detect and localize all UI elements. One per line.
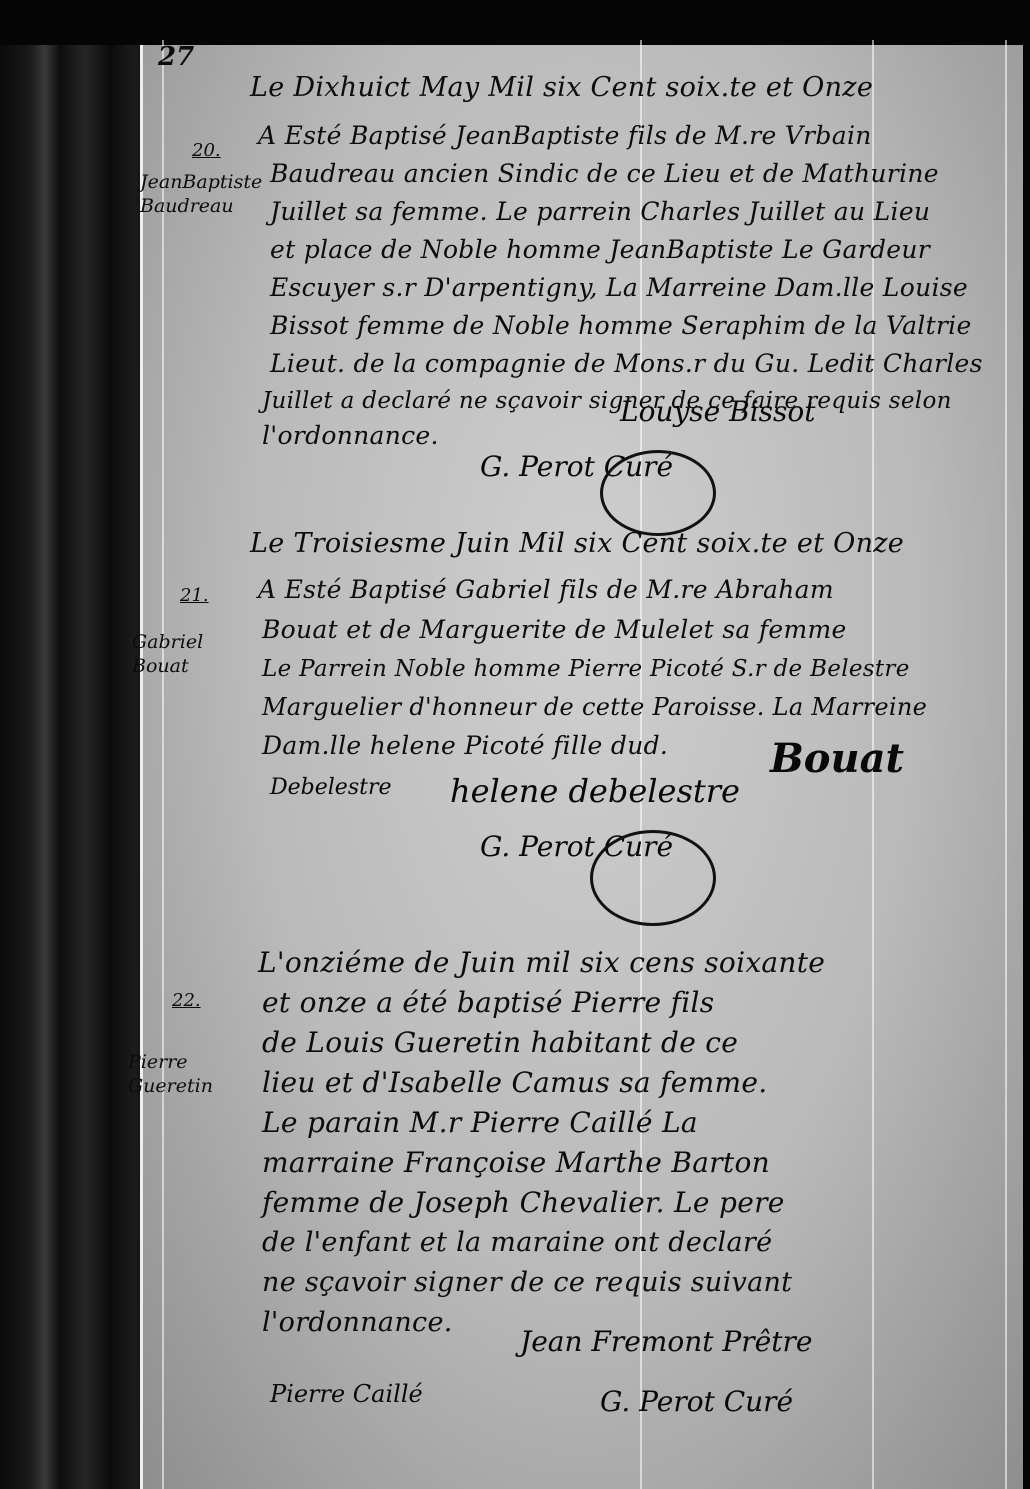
entry-line: l'ordonnance. — [262, 418, 439, 453]
entry-line: Marguelier d'honneur de cette Paroisse. … — [262, 690, 927, 725]
signature-flourish — [600, 450, 716, 536]
entry-line: Juillet a declaré ne sçavoir signer de c… — [262, 384, 952, 419]
signature: Pierre Caillé — [270, 1380, 423, 1408]
margin-name-line: Baudreau — [140, 194, 262, 218]
entry-line: Le Troisiesme Juin Mil six Cent soix.te … — [250, 526, 904, 561]
signature: Debelestre — [270, 775, 391, 800]
entry-line: Lieut. de la compagnie de Mons.r du Gu. … — [270, 346, 983, 381]
margin-name: JeanBaptiste Baudreau — [140, 170, 262, 218]
ruled-line — [162, 40, 164, 1489]
entry-line: ne sçavoir signer de ce requis suivant — [262, 1265, 792, 1300]
margin-name-line: Pierre — [128, 1050, 213, 1074]
margin-name: Pierre Gueretin — [128, 1050, 213, 1098]
margin-name-line: Bouat — [132, 654, 203, 678]
entry-number: 20. — [192, 140, 221, 161]
margin-name-line: JeanBaptiste — [140, 170, 262, 194]
signature: Jean Fremont Prêtre — [520, 1325, 812, 1358]
margin-name-line: Gabriel — [132, 630, 203, 654]
entry-line: Bissot femme de Noble homme Seraphim de … — [270, 308, 972, 343]
entry-line: femme de Joseph Chevalier. Le pere — [262, 1185, 785, 1220]
entry-line: lieu et d'Isabelle Camus sa femme. — [262, 1065, 767, 1100]
entry-line: et place de Noble homme JeanBaptiste Le … — [270, 232, 930, 267]
entry-line: de Louis Gueretin habitant de ce — [262, 1025, 738, 1060]
entry-line: Le Dixhuict May Mil six Cent soix.te et … — [250, 70, 873, 105]
entry-line: A Esté Baptisé Gabriel fils de M.re Abra… — [258, 572, 834, 607]
entry-line: Le parain M.r Pierre Caillé La — [262, 1105, 698, 1140]
signature: Louyse Bissot — [620, 395, 816, 428]
page-number: 27 — [158, 42, 194, 72]
entry-line: Dam.lle helene Picoté fille dud. — [262, 728, 668, 763]
entry-line: et onze a été baptisé Pierre fils — [262, 985, 714, 1020]
entry-line: de l'enfant et la maraine ont declaré — [262, 1225, 772, 1260]
entry-line: Le Parrein Noble homme Pierre Picoté S.r… — [262, 652, 910, 687]
ruled-line — [1005, 40, 1007, 1489]
entry-line: Escuyer s.r D'arpentigny, La Marreine Da… — [270, 270, 968, 305]
top-shadow — [0, 0, 1030, 45]
entry-line: Juillet sa femme. Le parrein Charles Jui… — [270, 194, 930, 229]
entry-line: L'onziéme de Juin mil six cens soixante — [258, 945, 825, 980]
entry-number: 21. — [180, 585, 209, 606]
entry-line: A Esté Baptisé JeanBaptiste fils de M.re… — [258, 118, 872, 153]
margin-name-line: Gueretin — [128, 1074, 213, 1098]
entry-line: l'ordonnance. — [262, 1305, 453, 1340]
signature: G. Perot Curé — [600, 1385, 793, 1418]
entry-line: Bouat et de Marguerite de Mulelet sa fem… — [262, 612, 847, 647]
book-binding — [0, 0, 150, 1489]
entry-line: marraine Françoise Marthe Barton — [262, 1145, 770, 1180]
signature: Bouat — [770, 735, 904, 782]
margin-name: Gabriel Bouat — [132, 630, 203, 678]
entry-number: 22. — [172, 990, 201, 1011]
signature: helene debelestre — [450, 772, 740, 810]
signature-flourish — [590, 830, 716, 926]
entry-line: Baudreau ancien Sindic de ce Lieu et de … — [270, 156, 939, 191]
